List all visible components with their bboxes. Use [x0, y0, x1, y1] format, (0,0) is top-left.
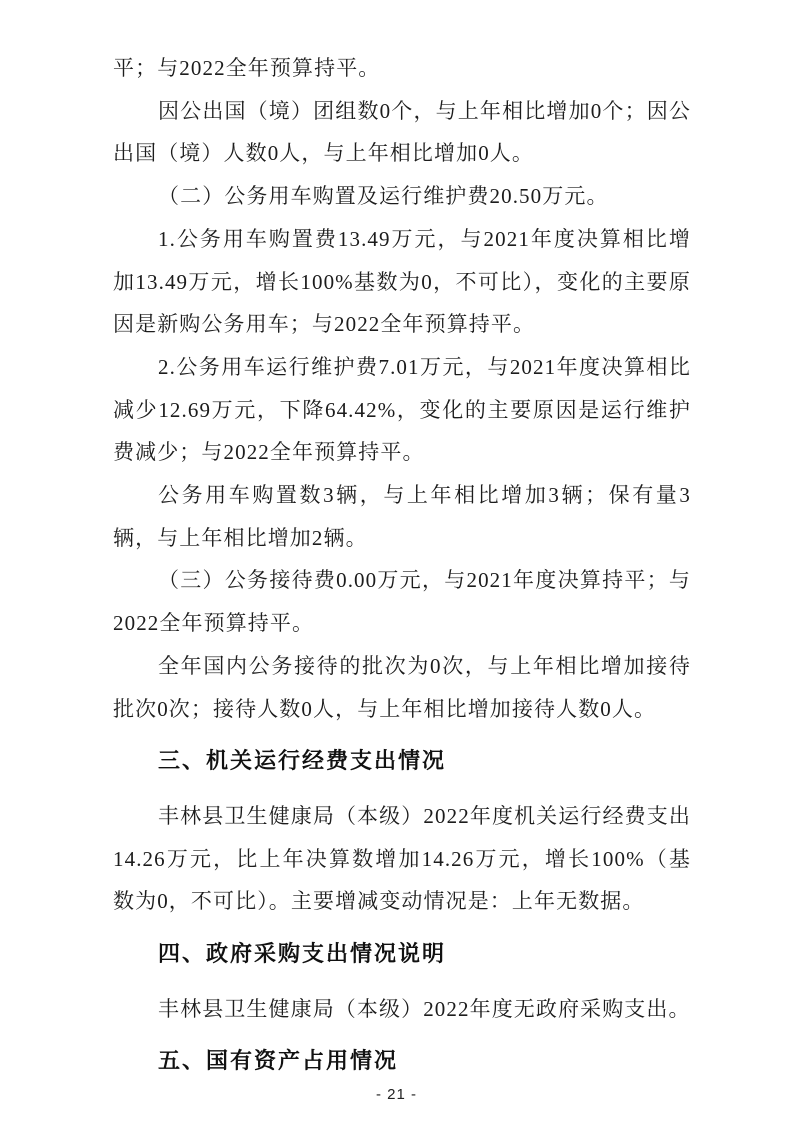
heading-section-3: 三、机关运行经费支出情况 [113, 740, 691, 783]
paragraph-operating-expense: 丰林县卫生健康局（本级）2022年度机关运行经费支出14.26万元，比上年决算数… [113, 795, 691, 923]
document-page: 平；与2022全年预算持平。 因公出国（境）团组数0个，与上年相比增加0个；因公… [0, 0, 793, 1122]
document-body: 平；与2022全年预算持平。 因公出国（境）团组数0个，与上年相比增加0个；因公… [113, 47, 691, 1095]
heading-section-4: 四、政府采购支出情况说明 [113, 933, 691, 976]
paragraph-vehicle-maintenance: 2.公务用车运行维护费7.01万元，与2021年度决算相比减少12.69万元，下… [113, 346, 691, 474]
paragraph-procurement: 丰林县卫生健康局（本级）2022年度无政府采购支出。 [113, 988, 691, 1031]
paragraph-vehicle-count: 公务用车购置数3辆，与上年相比增加3辆；保有量3辆，与上年相比增加2辆。 [113, 474, 691, 559]
paragraph-reception-fee: （三）公务接待费0.00万元，与2021年度决算持平；与2022全年预算持平。 [113, 559, 691, 644]
paragraph-abroad-trips: 因公出国（境）团组数0个，与上年相比增加0个；因公出国（境）人数0人，与上年相比… [113, 90, 691, 175]
paragraph-vehicle-total: （二）公务用车购置及运行维护费20.50万元。 [113, 175, 691, 218]
paragraph-vehicle-purchase: 1.公务用车购置费13.49万元，与2021年度决算相比增加13.49万元，增长… [113, 218, 691, 346]
page-number: - 21 - [0, 1086, 793, 1103]
paragraph-reception-detail: 全年国内公务接待的批次为0次，与上年相比增加接待批次0次；接待人数0人，与上年相… [113, 645, 691, 730]
paragraph-continuation: 平；与2022全年预算持平。 [113, 47, 691, 90]
heading-section-5: 五、国有资产占用情况 [113, 1040, 691, 1083]
